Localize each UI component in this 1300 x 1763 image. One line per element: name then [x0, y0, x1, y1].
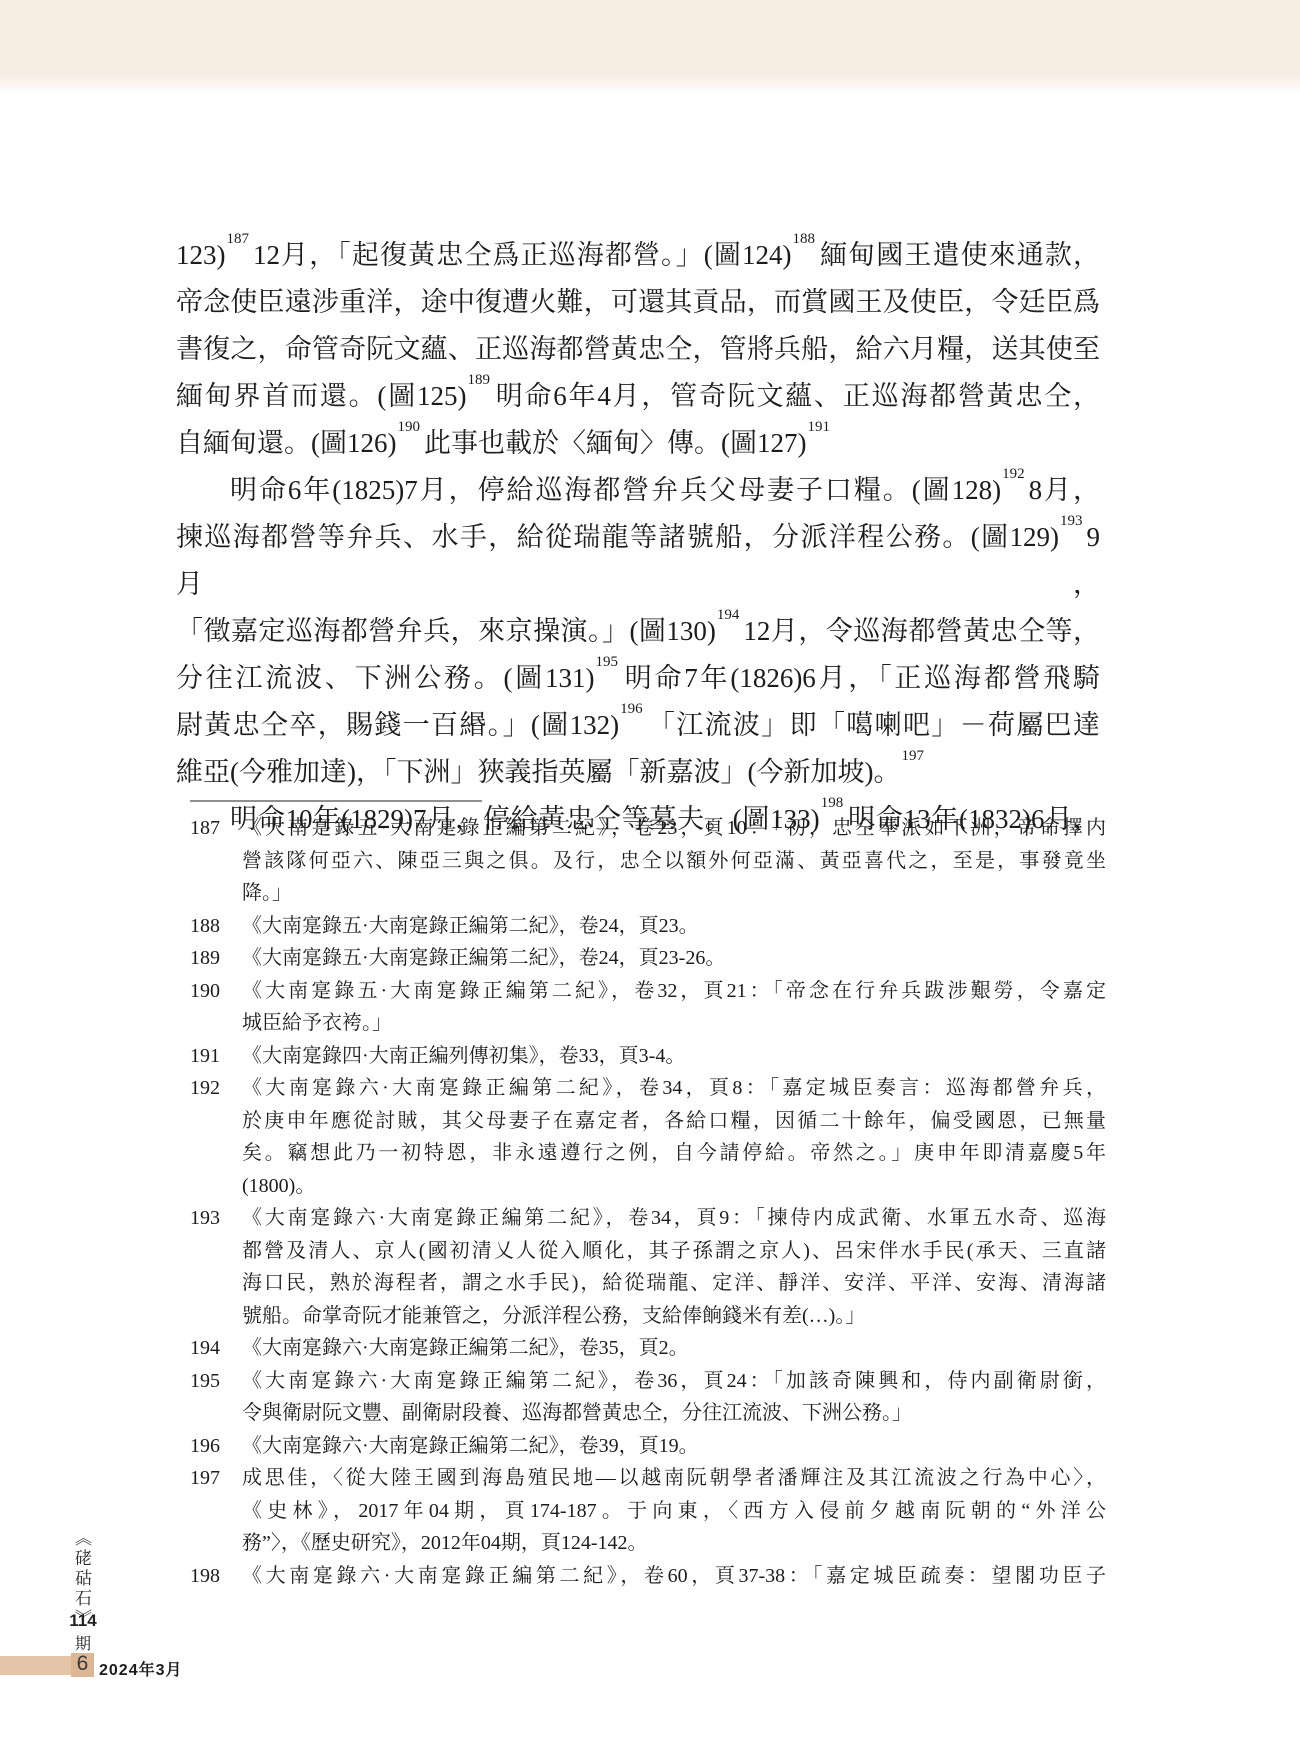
footnotes: 187《大南寔錄五·大南寔錄正編第二紀》，卷23，頁10：「初，忠仝奉派如下洲，… — [190, 812, 1106, 1592]
footnote-number: 196 — [190, 1430, 242, 1463]
main-text-line: 「徵嘉定巡海都營弁兵，來京操演。」(圖130)19412月，令巡海都營黃忠仝等， — [176, 608, 1100, 655]
footnote-line: 《大南寔錄六·大南寔錄正編第二紀》，卷34，頁9：「揀侍内成武衛、水軍五水奇、巡… — [242, 1202, 1106, 1235]
main-text-line: 維亞(今雅加達)，「下洲」狹義指英屬「新嘉波」(今新加坡)。197 — [176, 749, 1100, 796]
footnote-item: 187《大南寔錄五·大南寔錄正編第二紀》，卷23，頁10：「初，忠仝奉派如下洲，… — [190, 812, 1106, 910]
footnote-line: 《大南寔錄六·大南寔錄正編第二紀》，卷34，頁8：「嘉定城臣奏言：巡海都營弁兵， — [242, 1072, 1106, 1105]
footnote-reference: 194 — [717, 607, 740, 623]
footnote-line: 《大南寔錄六·大南寔錄正編第二紀》，卷39，頁19。 — [242, 1430, 1106, 1463]
text-run: 分往江流波、下洲公務。(圖131) — [176, 663, 594, 693]
footnote-line: 《大南寔錄五·大南寔錄正編第二紀》，卷23，頁10：「初，忠仝奉派如下洲，帝命擇… — [242, 812, 1106, 845]
main-text: 123)18712月，「起復黃忠仝爲正巡海都營。」(圖124)188緬甸國王遣使… — [176, 232, 1100, 843]
footnote-item: 192《大南寔錄六·大南寔錄正編第二紀》，卷34，頁8：「嘉定城臣奏言：巡海都營… — [190, 1072, 1106, 1202]
footnote-item: 197成思佳，〈從大陸王國到海島殖民地—以越南阮朝學者潘輝注及其江流波之行為中心… — [190, 1462, 1106, 1560]
footnote-number: 188 — [190, 910, 242, 943]
text-run: 明命6年(1825)7月，停給巡海都營弁兵父母妻子口糧。(圖128) — [230, 475, 1001, 505]
journal-page: 123)18712月，「起復黃忠仝爲正巡海都營。」(圖124)188緬甸國王遣使… — [0, 0, 1300, 1763]
text-run: 尉黃忠仝卒，賜錢一百緡。」(圖132) — [176, 710, 619, 740]
footnote-number: 189 — [190, 942, 242, 975]
footnote-line: 降。」 — [242, 877, 1106, 910]
footnote-line: 城臣給予衣袴。」 — [242, 1007, 1106, 1040]
footnote-reference: 191 — [807, 419, 830, 435]
footnote-number: 195 — [190, 1365, 242, 1430]
text-run: 揀巡海都營等弁兵、水手，給從瑞龍等諸號船，分派洋程公務。(圖129) — [176, 522, 1059, 552]
footnote-reference: 193 — [1060, 513, 1083, 529]
text-run: 123) — [176, 240, 226, 270]
footnote-number: 198 — [190, 1560, 242, 1593]
footnote-item: 189《大南寔錄五·大南寔錄正編第二紀》，卷24，頁23-26。 — [190, 942, 1106, 975]
main-text-line: 書復之，命管奇阮文蘊、正巡海都營黃忠仝，管將兵船，給六月糧，送其使至 — [176, 326, 1100, 373]
text-run: 維亞(今雅加達)，「下洲」狹義指英屬「新嘉波」(今新加坡)。 — [176, 757, 900, 787]
footnote-item: 193《大南寔錄六·大南寔錄正編第二紀》，卷34，頁9：「揀侍内成武衛、水軍五水… — [190, 1202, 1106, 1332]
footnote-line: 《大南寔錄六·大南寔錄正編第二紀》，卷35，頁2。 — [242, 1332, 1106, 1365]
text-run: 緬甸國王遣使來通款， — [819, 240, 1100, 270]
footnote-body: 《大南寔錄四·大南正編列傳初集》，卷33，頁3-4。 — [242, 1040, 1106, 1073]
footnote-item: 198《大南寔錄六·大南寔錄正編第二紀》，卷60，頁37-38：「嘉定城臣疏奏：… — [190, 1560, 1106, 1593]
footnote-number: 191 — [190, 1040, 242, 1073]
footnote-number: 190 — [190, 975, 242, 1040]
footnote-number: 193 — [190, 1202, 242, 1332]
footnote-body: 成思佳，〈從大陸王國到海島殖民地—以越南阮朝學者潘輝注及其江流波之行為中心〉，《… — [242, 1462, 1106, 1560]
footnote-body: 《大南寔錄六·大南寔錄正編第二紀》，卷36，頁24：「加該奇陳興和，侍内副衛尉銜… — [242, 1365, 1106, 1430]
footnote-body: 《大南寔錄六·大南寔錄正編第二紀》，卷34，頁9：「揀侍内成武衛、水軍五水奇、巡… — [242, 1202, 1106, 1332]
text-run: 12月，令巡海都營黃忠仝等， — [743, 616, 1100, 646]
footnote-line: 於庚申年應從討賊，其父母妻子在嘉定者，各給口糧，因循二十餘年，偏受國恩，已無量 — [242, 1105, 1106, 1138]
footnote-number: 197 — [190, 1462, 242, 1560]
footnote-separator — [190, 800, 482, 802]
footnote-line: 成思佳，〈從大陸王國到海島殖民地—以越南阮朝學者潘輝注及其江流波之行為中心〉， — [242, 1462, 1106, 1495]
main-text-line: 揀巡海都營等弁兵、水手，給從瑞龍等諸號船，分派洋程公務。(圖129)1939月， — [176, 514, 1100, 608]
footnote-line: 《大南寔錄四·大南正編列傳初集》，卷33，頁3-4。 — [242, 1040, 1106, 1073]
footnote-body: 《大南寔錄五·大南寔錄正編第二紀》，卷23，頁10：「初，忠仝奉派如下洲，帝命擇… — [242, 812, 1106, 910]
footnote-line: 《大南寔錄六·大南寔錄正編第二紀》，卷60，頁37-38：「嘉定城臣疏奏：望閣功… — [242, 1560, 1106, 1593]
footnote-reference: 196 — [620, 701, 643, 717]
footnote-body: 《大南寔錄五·大南寔錄正編第二紀》，卷24，頁23-26。 — [242, 942, 1106, 975]
issue-number: 114 — [66, 1611, 100, 1631]
text-run: 自緬甸還。(圖126) — [176, 428, 396, 458]
footnote-reference: 195 — [595, 654, 618, 670]
footnote-line: 《大南寔錄五·大南寔錄正編第二紀》，卷24，頁23-26。 — [242, 942, 1106, 975]
footnote-body: 《大南寔錄六·大南寔錄正編第二紀》，卷35，頁2。 — [242, 1332, 1106, 1365]
page-number: 6 — [71, 1651, 94, 1677]
footnote-item: 195《大南寔錄六·大南寔錄正編第二紀》，卷36，頁24：「加該奇陳興和，侍内副… — [190, 1365, 1106, 1430]
footnote-item: 188《大南寔錄五·大南寔錄正編第二紀》，卷24，頁23。 — [190, 910, 1106, 943]
footnote-item: 191《大南寔錄四·大南正編列傳初集》，卷33，頁3-4。 — [190, 1040, 1106, 1073]
footnote-reference: 192 — [1002, 466, 1025, 482]
footnote-line: 《大南寔錄六·大南寔錄正編第二紀》，卷36，頁24：「加該奇陳興和，侍内副衛尉銜… — [242, 1365, 1106, 1398]
footnote-reference: 187 — [227, 231, 250, 247]
text-run: 8月， — [1029, 475, 1100, 505]
footnote-line: 《大南寔錄五·大南寔錄正編第二紀》，卷24，頁23。 — [242, 910, 1106, 943]
footnote-number: 192 — [190, 1072, 242, 1202]
footnote-reference: 190 — [397, 419, 420, 435]
footnote-line: 務”〉，《歷史研究》，2012年04期，頁124-142。 — [242, 1527, 1106, 1560]
footnote-reference: 198 — [821, 795, 844, 811]
text-run: 緬甸界首而還。(圖125) — [176, 381, 466, 411]
text-run: 此事也載於〈緬甸〉傳。(圖127) — [424, 428, 806, 458]
footnote-body: 《大南寔錄六·大南寔錄正編第二紀》，卷60，頁37-38：「嘉定城臣疏奏：望閣功… — [242, 1560, 1106, 1593]
text-run: 書復之，命管奇阮文蘊、正巡海都營黃忠仝，管將兵船，給六月糧，送其使至 — [176, 334, 1100, 364]
main-text-line: 緬甸界首而還。(圖125)189明命6年4月，管奇阮文蘊、正巡海都營黃忠仝， — [176, 373, 1100, 420]
main-text-line: 123)18712月，「起復黃忠仝爲正巡海都營。」(圖124)188緬甸國王遣使… — [176, 232, 1100, 279]
footnote-body: 《大南寔錄五·大南寔錄正編第二紀》，卷32，頁21：「帝念在行弁兵跋涉艱勞，令嘉… — [242, 975, 1106, 1040]
text-run: 帝念使臣遠涉重洋，途中復遭火難，可還其貢品，而賞國王及使臣，令廷臣爲 — [176, 287, 1100, 317]
footnote-line: 《史林》，2017年04期，頁174-187。于向東，〈西方入侵前夕越南阮朝的“… — [242, 1495, 1106, 1528]
text-run: 12月，「起復黃忠仝爲正巡海都營。」(圖124) — [253, 240, 791, 270]
footnote-body: 《大南寔錄五·大南寔錄正編第二紀》，卷24，頁23。 — [242, 910, 1106, 943]
main-text-line: 帝念使臣遠涉重洋，途中復遭火難，可還其貢品，而賞國王及使臣，令廷臣爲 — [176, 279, 1100, 326]
footnote-line: (1800)。 — [242, 1170, 1106, 1203]
main-text-line: 尉黃忠仝卒，賜錢一百緡。」(圖132)196「江流波」即「噶喇吧」－荷屬巴達 — [176, 702, 1100, 749]
footnote-line: 都營及清人、京人(國初清乂人從入順化，其子孫謂之京人)、呂宋伴水手民(承天、三直… — [242, 1235, 1106, 1268]
footnote-reference: 188 — [792, 231, 815, 247]
footnote-line: 營該隊何亞六、陳亞三與之俱。及行，忠仝以額外何亞滿、黃亞喜代之，至是，事發竟坐 — [242, 845, 1106, 878]
text-run: 「江流波」即「噶喇吧」－荷屬巴達 — [647, 710, 1100, 740]
footnote-item: 196《大南寔錄六·大南寔錄正編第二紀》，卷39，頁19。 — [190, 1430, 1106, 1463]
main-text-line: 自緬甸還。(圖126)190此事也載於〈緬甸〉傳。(圖127)191 — [176, 420, 1100, 467]
footnote-line: 矣。竊想此乃一初特恩，非永遠遵行之例，自今請停給。帝然之。」庚申年即清嘉慶5年 — [242, 1137, 1106, 1170]
text-run: 明命7年(1826)6月，「正巡海都營飛騎 — [622, 663, 1100, 693]
footnote-line: 《大南寔錄五·大南寔錄正編第二紀》，卷32，頁21：「帝念在行弁兵跋涉艱勞，令嘉… — [242, 975, 1106, 1008]
main-text-line: 分往江流波、下洲公務。(圖131)195明命7年(1826)6月，「正巡海都營飛… — [176, 655, 1100, 702]
footnote-reference: 197 — [901, 748, 924, 764]
footnote-number: 187 — [190, 812, 242, 910]
footnote-line: 號船。命掌奇阮才能兼管之，分派洋程公務，支給俸餉錢米有差(…)。」 — [242, 1300, 1106, 1333]
text-run: 明命6年4月，管奇阮文蘊、正巡海都營黃忠仝， — [494, 381, 1100, 411]
main-text-line: 明命6年(1825)7月，停給巡海都營弁兵父母妻子口糧。(圖128)1928月， — [176, 467, 1100, 514]
footnote-line: 海口民，熟於海程者，謂之水手民)，給從瑞龍、定洋、靜洋、安洋、平洋、安海、清海諸 — [242, 1267, 1106, 1300]
header-band — [0, 0, 1300, 94]
footnote-line: 令與衛尉阮文豐、副衛尉段養、巡海都營黃忠仝，分往江流波、下洲公務。」 — [242, 1397, 1106, 1430]
footnote-reference: 189 — [467, 372, 490, 388]
text-run: 「徵嘉定巡海都營弁兵，來京操演。」(圖130) — [176, 616, 716, 646]
footnote-item: 194《大南寔錄六·大南寔錄正編第二紀》，卷35，頁2。 — [190, 1332, 1106, 1365]
footnote-number: 194 — [190, 1332, 242, 1365]
footnote-body: 《大南寔錄六·大南寔錄正編第二紀》，卷39，頁19。 — [242, 1430, 1106, 1463]
footnote-item: 190《大南寔錄五·大南寔錄正編第二紀》，卷32，頁21：「帝念在行弁兵跋涉艱勞… — [190, 975, 1106, 1040]
issue-date: 2024年3月 — [99, 1657, 183, 1680]
footnote-body: 《大南寔錄六·大南寔錄正編第二紀》，卷34，頁8：「嘉定城臣奏言：巡海都營弁兵，… — [242, 1072, 1106, 1202]
